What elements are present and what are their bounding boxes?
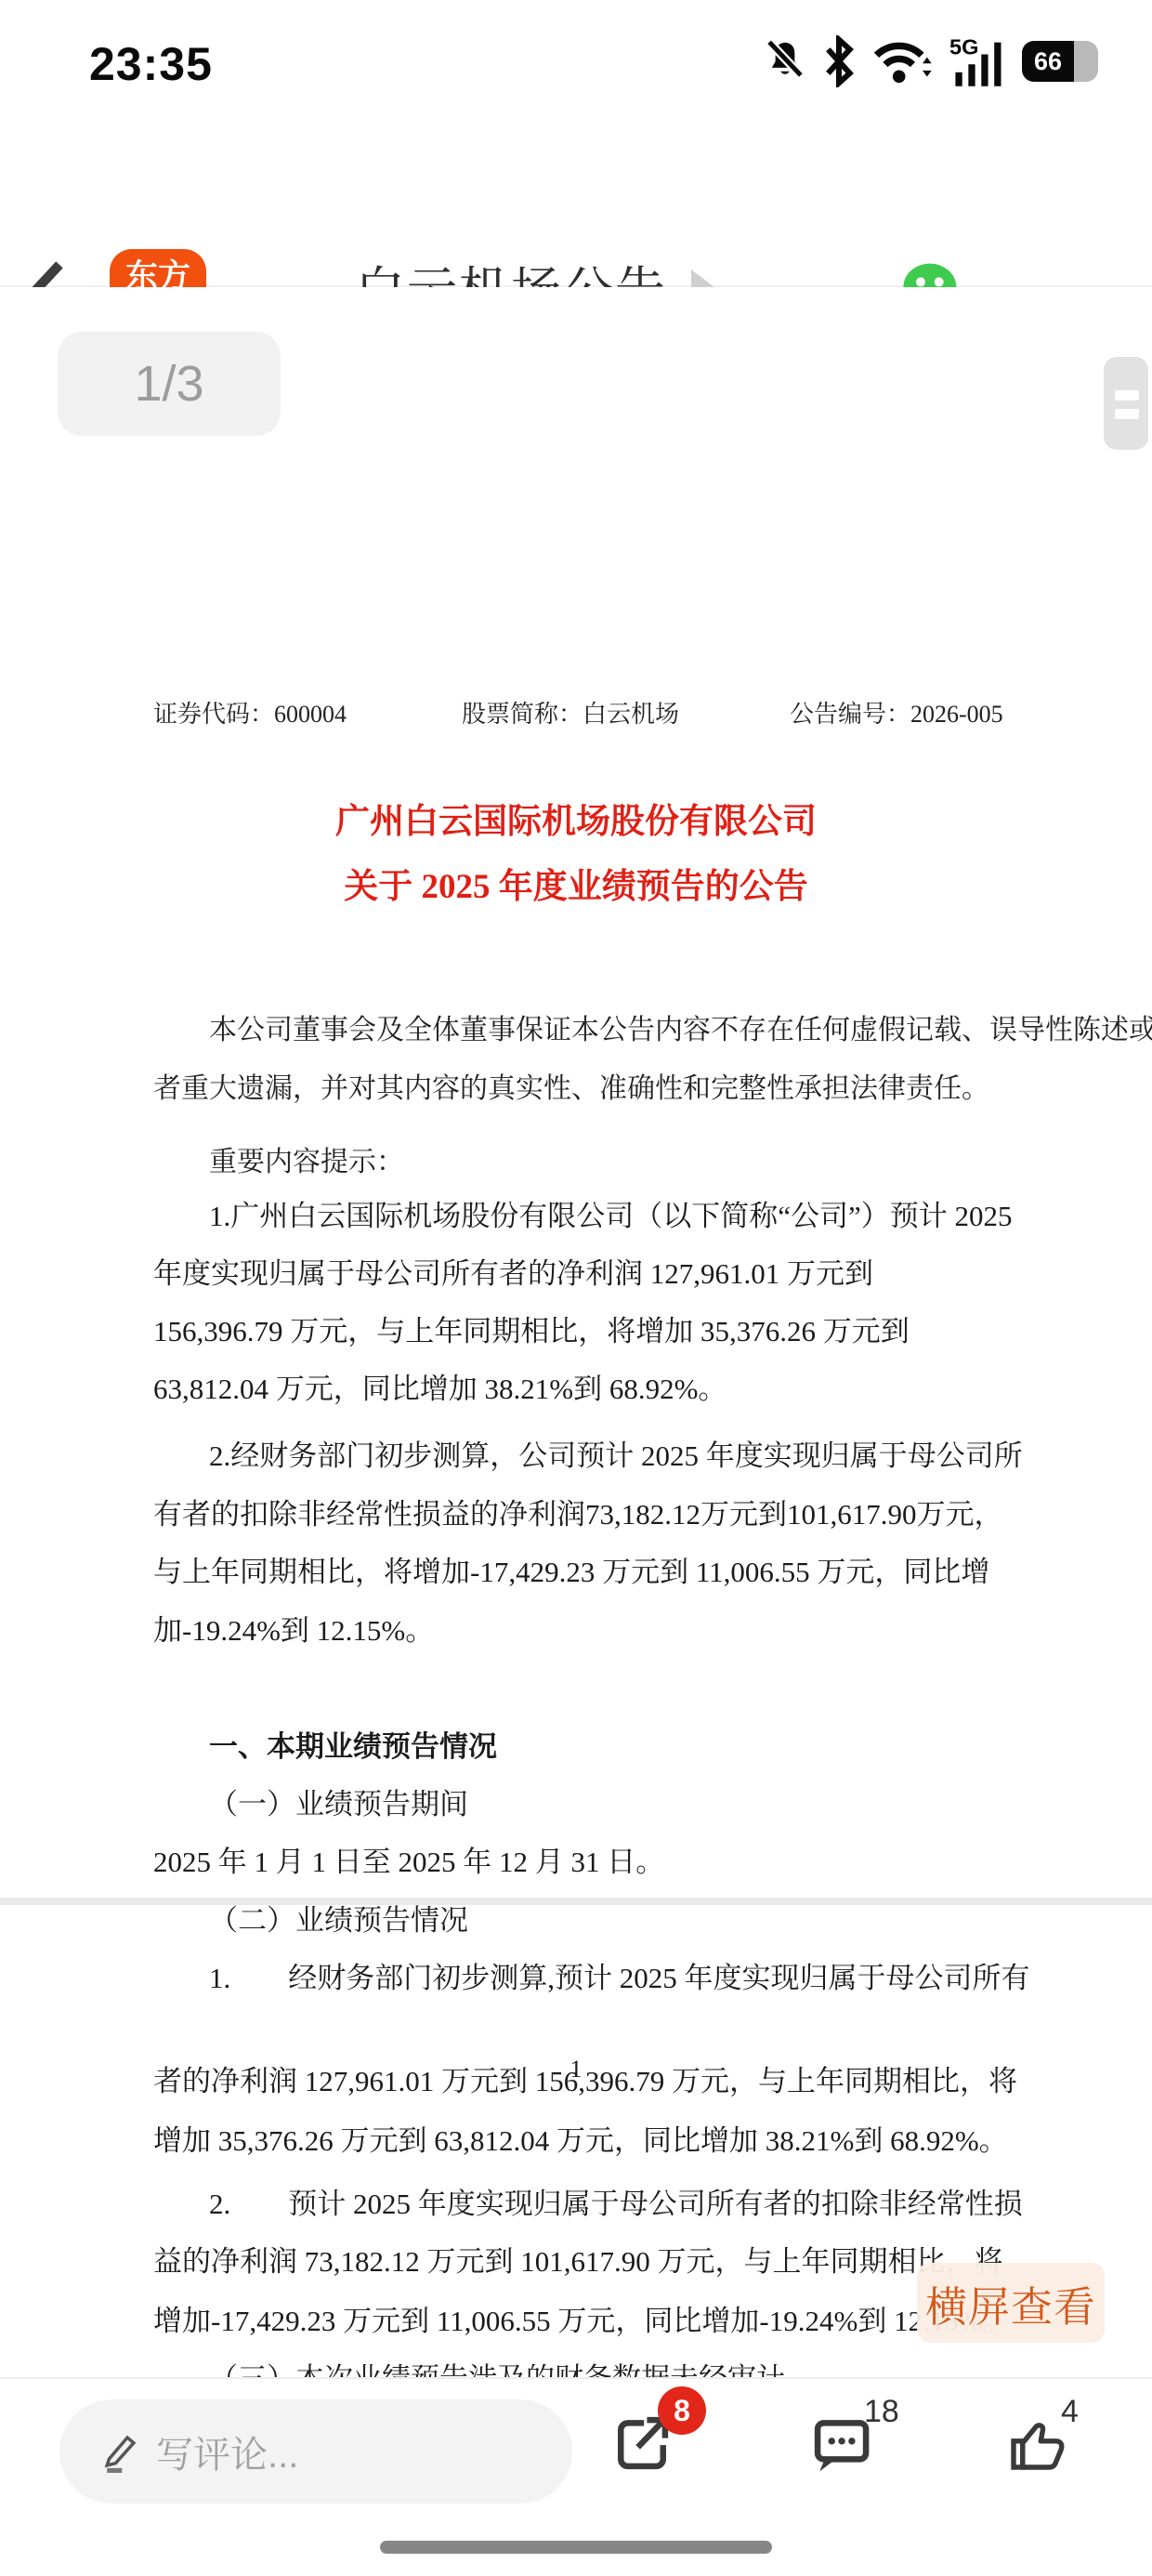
doc-text-line: 加-19.24%到 12.15%。 bbox=[153, 1612, 434, 1649]
doc-text-line: 股票简称：白云机场 bbox=[462, 696, 679, 733]
wifi-icon bbox=[871, 36, 933, 86]
comment-count: 18 bbox=[864, 2394, 899, 2430]
doc-text-line: 156,396.79 万元，与上年同期相比，将增加 35,376.26 万元到 bbox=[153, 1313, 910, 1350]
clock-text: 23:35 bbox=[89, 37, 213, 91]
share-button[interactable]: 8 bbox=[606, 2407, 678, 2484]
bluetooth-icon bbox=[823, 35, 855, 87]
like-button[interactable]: 4 bbox=[1001, 2407, 1074, 2484]
comment-input[interactable]: 写评论... bbox=[59, 2399, 572, 2504]
network-type-label: 5G bbox=[949, 35, 978, 59]
doc-text-line: 重要内容提示： bbox=[209, 1144, 404, 1181]
header: 东方 财富 白云机场公告 9.51 -0.83% bbox=[0, 112, 1152, 287]
doc-text-line: 有者的扣除非经常性损益的净利润73,182.12万元到101,617.90万元， bbox=[153, 1496, 1003, 1533]
doc-text-line: 者重大遗漏，并对其内容的真实性、准确性和完整性承担法律责任。 bbox=[153, 1071, 989, 1108]
doc-text-line: 63,812.04 万元，同比增加 38.21%到 68.92%。 bbox=[153, 1371, 727, 1408]
scroll-handle[interactable] bbox=[1104, 357, 1148, 450]
doc-text-line: 年度实现归属于母公司所有者的净利润 127,961.01 万元到 bbox=[153, 1255, 873, 1293]
doc-text-line: 1. 经财务部门初步测算,预计 2025 年度实现归属于母公司所有 bbox=[209, 1960, 1030, 1997]
page-divider bbox=[0, 1898, 1152, 1905]
signal-5g-icon: 5G bbox=[949, 34, 1005, 88]
doc-text-line: 本公司董事会及全体董事保证本公告内容不存在任何虚假记载、误导性陈述或 bbox=[209, 1012, 1152, 1049]
battery-indicator: 66 bbox=[1022, 41, 1098, 82]
doc-text-line: 关于 2025 年度业绩预告的公告 bbox=[0, 869, 1152, 906]
doc-text-line: 者的净利润 127,961.01 万元到 156,396.79 万元，与上年同期… bbox=[153, 2063, 1017, 2100]
doc-text-line: 一、本期业绩预告情况 bbox=[209, 1728, 497, 1766]
doc-text-line: （一）业绩预告期间 bbox=[209, 1786, 468, 1823]
pencil-icon bbox=[98, 2430, 141, 2473]
doc-text-line: 1.广州白云国际机场股份有限公司（以下简称“公司”）预计 2025 bbox=[209, 1198, 1013, 1235]
doc-text-line: 广州白云国际机场股份有限公司 bbox=[0, 804, 1152, 841]
like-count: 4 bbox=[1061, 2394, 1079, 2430]
pdf-viewer: 1/3 证券代码：600004股票简称：白云机场公告编号：2026-005广州白… bbox=[0, 287, 1152, 2377]
doc-text-line: 2. 预计 2025 年度实现归属于母公司所有者的扣除非经常性损 bbox=[209, 2186, 1023, 2223]
home-indicator[interactable] bbox=[380, 2541, 772, 2554]
share-badge: 8 bbox=[658, 2386, 706, 2435]
battery-percent-text: 66 bbox=[1022, 41, 1074, 82]
comments-button[interactable]: 18 bbox=[805, 2407, 877, 2484]
doc-text-line: 与上年同期相比，将增加-17,429.23 万元到 11,006.55 万元，同… bbox=[153, 1554, 989, 1591]
doc-text-line: 公告编号：2026-005 bbox=[790, 696, 1003, 733]
bottom-bar: 写评论... 8 18 4 bbox=[0, 2377, 1152, 2576]
status-bar: 23:35 5G bbox=[0, 0, 1152, 112]
doc-text-line: 证券代码：600004 bbox=[153, 696, 347, 733]
doc-text-line: 增加-17,429.23 万元到 11,006.55 万元，同比增加-19.24… bbox=[153, 2303, 1012, 2340]
app-screen: 23:35 5G bbox=[0, 0, 1152, 2576]
notifications-muted-icon bbox=[764, 36, 806, 86]
doc-text-line: 益的净利润 73,182.12 万元到 101,617.90 万元，与上年同期相… bbox=[153, 2243, 1003, 2280]
page-indicator-badge: 1/3 bbox=[58, 332, 281, 436]
doc-text-line: 2.经财务部门初步测算，公司预计 2025 年度实现归属于母公司所 bbox=[209, 1438, 1023, 1475]
doc-text-line: （二）业绩预告情况 bbox=[209, 1902, 468, 1939]
landscape-view-button[interactable]: 横屏查看 bbox=[917, 2263, 1105, 2343]
doc-text-line: 增加 35,376.26 万元到 63,812.04 万元，同比增加 38.21… bbox=[153, 2123, 1008, 2160]
comment-placeholder: 写评论... bbox=[156, 2425, 298, 2478]
doc-text-line: 2025 年 1 月 1 日至 2025 年 12 月 31 日。 bbox=[153, 1844, 664, 1881]
